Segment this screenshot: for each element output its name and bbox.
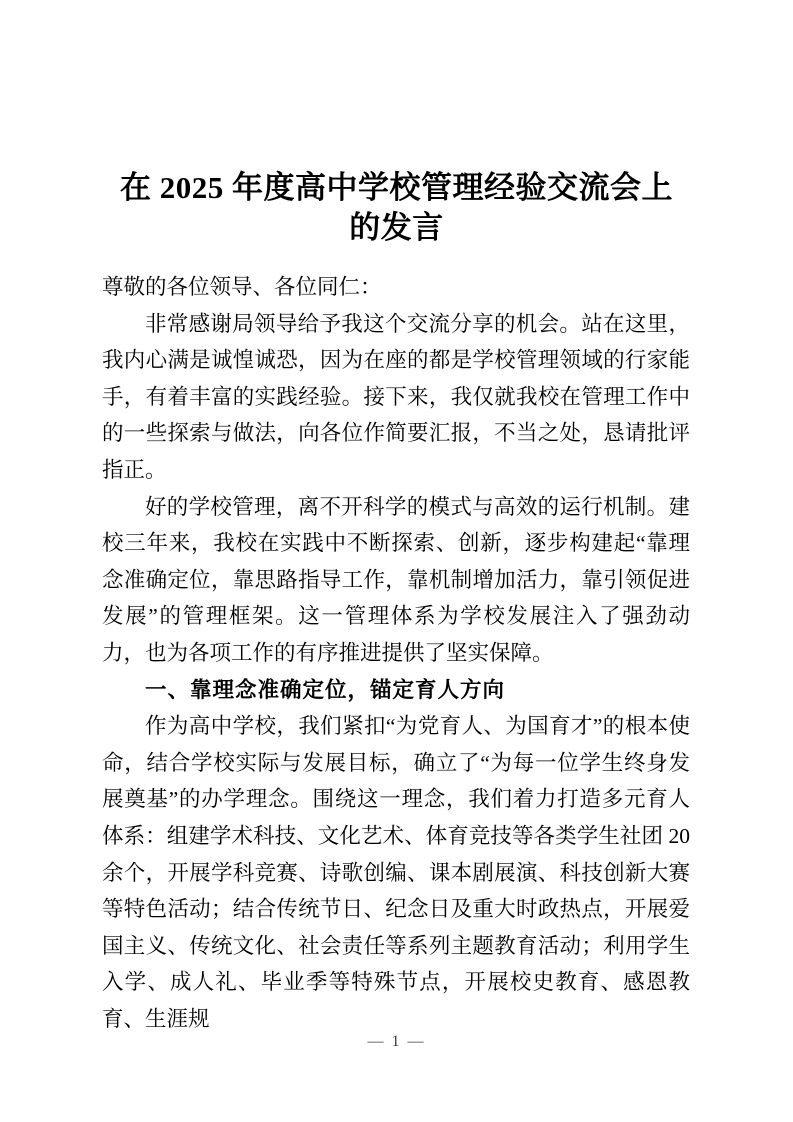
page-number: — 1 — — [0, 1031, 793, 1053]
salutation: 尊敬的各位领导、各位同仁： — [102, 269, 690, 306]
paragraph-section-1: 作为高中学校，我们紧扣“为党育人、为国育才”的根本使命，结合学校实际与发展目标，… — [102, 708, 690, 1037]
paragraph-overview: 好的学校管理，离不开科学的模式与高效的运行机制。建校三年来，我校在实践中不断探索… — [102, 489, 690, 672]
paragraph-opening: 非常感谢局领导给予我这个交流分享的机会。站在这里，我内心满是诚惶诚恐，因为在座的… — [102, 306, 690, 489]
document-title-line-1: 在 2025 年度高中学校管理经验交流会上 — [60, 168, 733, 208]
document-body: 尊敬的各位领导、各位同仁： 非常感谢局领导给予我这个交流分享的机会。站在这里，我… — [102, 269, 690, 1037]
document-title-line-2: 的发言 — [60, 208, 733, 248]
section-heading-1: 一、靠理念准确定位，锚定育人方向 — [102, 672, 690, 709]
document-title: 在 2025 年度高中学校管理经验交流会上 的发言 — [60, 168, 733, 248]
document-page: 在 2025 年度高中学校管理经验交流会上 的发言 尊敬的各位领导、各位同仁： … — [0, 0, 793, 1122]
